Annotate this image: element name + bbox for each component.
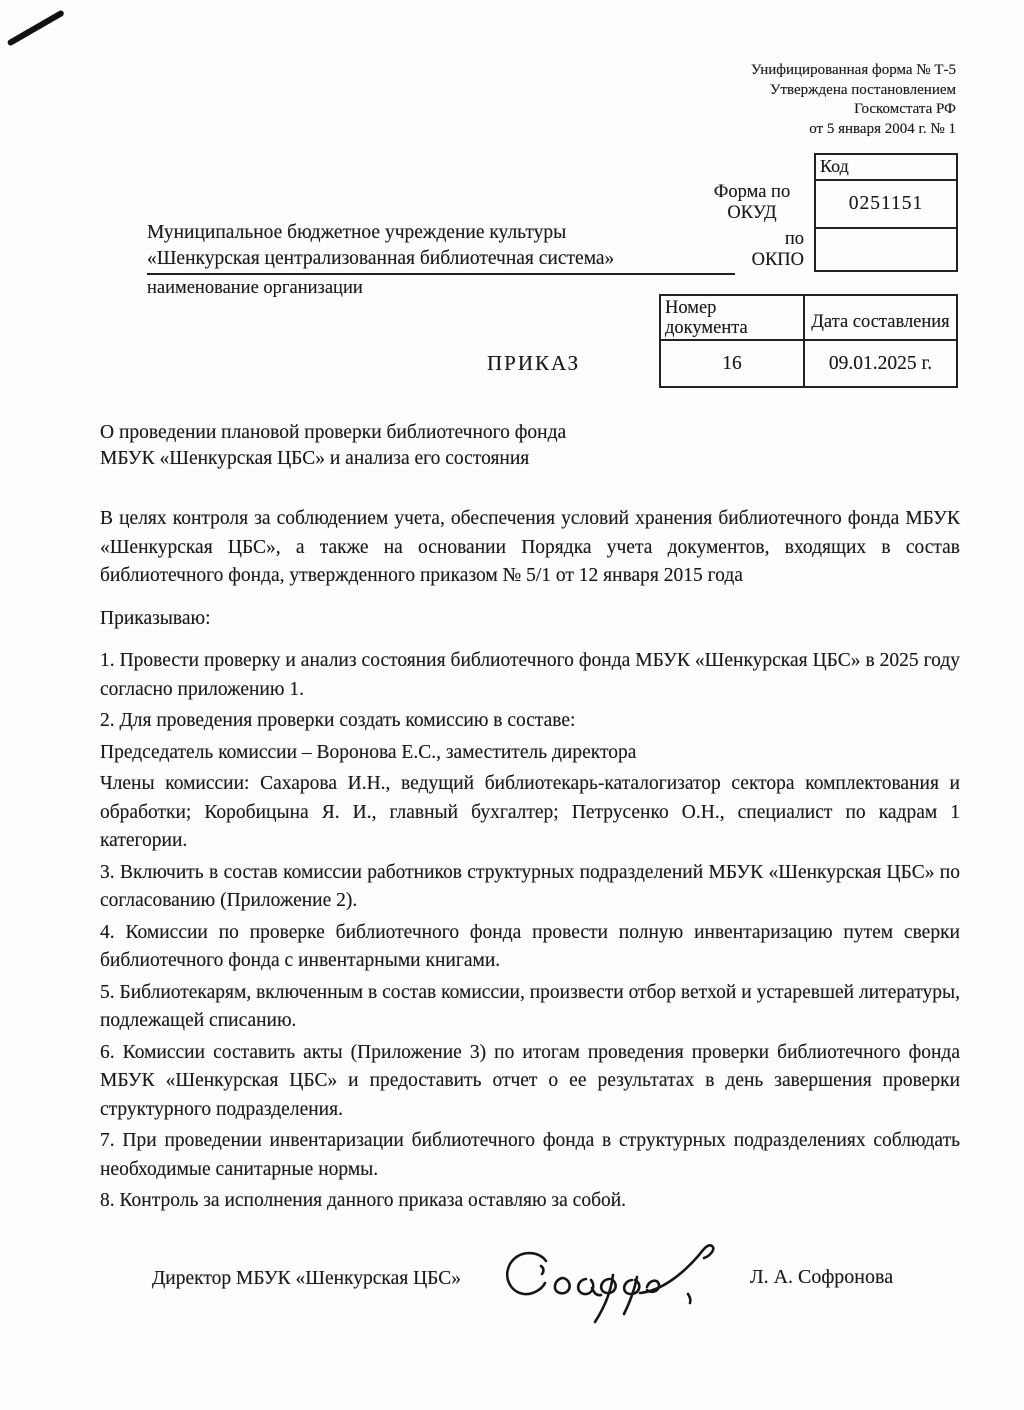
organization-caption: наименование организации bbox=[147, 275, 747, 302]
subject-line: О проведении плановой проверки библиотеч… bbox=[100, 420, 740, 446]
organization-name-line1: Муниципальное бюджетное учреждение культ… bbox=[147, 220, 747, 246]
order-item: 4. Комиссии по проверке библиотечного фо… bbox=[100, 919, 960, 976]
stamp-line: от 5 января 2004 г. № 1 bbox=[648, 120, 956, 140]
order-item: 8. Контроль за исполнения данного приказ… bbox=[100, 1187, 960, 1216]
order-item: 1. Провести проверку и анализ состояния … bbox=[100, 647, 960, 704]
doc-date-value: 09.01.2025 г. bbox=[805, 341, 956, 386]
order-item: 7. При проведении инвентаризации библиот… bbox=[100, 1127, 960, 1184]
okud-code-value: 0251151 bbox=[816, 181, 956, 229]
okpo-code-value bbox=[816, 229, 956, 270]
scanned-order-document: Унифицированная форма № Т-5 Утверждена п… bbox=[0, 0, 1024, 1410]
order-preamble: В целях контроля за соблюдением учета, о… bbox=[100, 505, 960, 591]
order-title: ПРИКАЗ bbox=[487, 351, 580, 376]
doc-table-data-row: 16 09.01.2025 г. bbox=[661, 341, 956, 386]
subject-line: МБУК «Шенкурская ЦБС» и анализа его сост… bbox=[100, 446, 740, 472]
okud-label-line: Форма по bbox=[700, 182, 804, 203]
signature-position-label: Директор МБУК «Шенкурская ЦБС» bbox=[152, 1268, 461, 1290]
stamp-line: Утверждена постановлением bbox=[648, 81, 956, 101]
order-directive: Приказываю: bbox=[100, 605, 960, 634]
order-subject: О проведении плановой проверки библиотеч… bbox=[100, 420, 740, 472]
order-item: 2. Для проведения проверки создать комис… bbox=[100, 707, 960, 736]
order-item: 6. Комиссии составить акты (Приложение 3… bbox=[100, 1039, 960, 1125]
doc-number-value: 16 bbox=[661, 341, 805, 386]
doc-date-header: Дата составления bbox=[805, 296, 956, 339]
document-number-table: Номер документа Дата составления 16 09.0… bbox=[659, 294, 958, 388]
okud-form-label: Форма по ОКУД bbox=[700, 182, 804, 224]
handwritten-signature bbox=[500, 1236, 725, 1332]
stamp-line: Госкомстата РФ bbox=[648, 100, 956, 120]
stamp-line: Унифицированная форма № Т-5 bbox=[648, 61, 956, 81]
order-item: Председатель комиссии – Воронова Е.С., з… bbox=[100, 739, 960, 768]
organization-name-line2: «Шенкурская централизованная библиотечна… bbox=[147, 246, 735, 275]
order-item: 3. Включить в состав комиссии работников… bbox=[100, 859, 960, 916]
pen-stroke-mark bbox=[7, 9, 65, 46]
signatory-name: Л. А. Софронова bbox=[750, 1266, 893, 1289]
doc-number-header: Номер документа bbox=[661, 296, 805, 339]
doc-table-header-row: Номер документа Дата составления bbox=[661, 296, 956, 341]
code-table: Код 0251151 bbox=[814, 153, 958, 272]
organization-block: Муниципальное бюджетное учреждение культ… bbox=[147, 220, 747, 302]
form-reference-stamp: Унифицированная форма № Т-5 Утверждена п… bbox=[648, 61, 956, 139]
order-item: Члены комиссии: Сахарова И.Н., ведущий б… bbox=[100, 770, 960, 856]
order-body: В целях контроля за соблюдением учета, о… bbox=[100, 505, 960, 1219]
code-table-header: Код bbox=[816, 155, 956, 181]
order-item: 5. Библиотекарям, включенным в состав ко… bbox=[100, 979, 960, 1036]
